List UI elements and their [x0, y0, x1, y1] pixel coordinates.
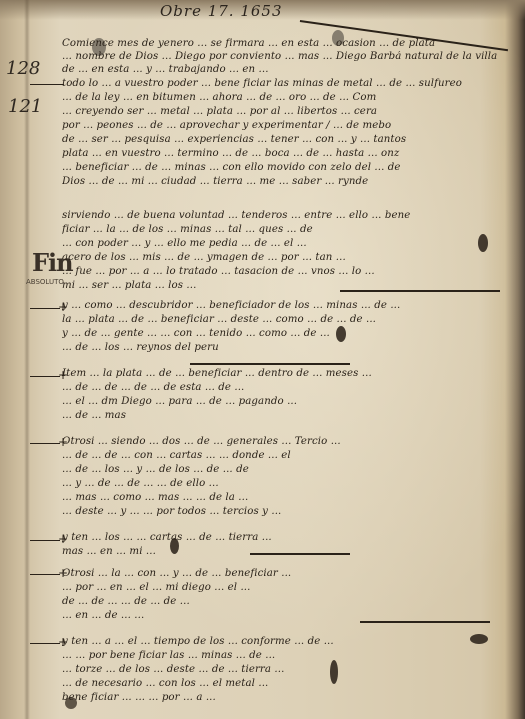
text-line: ... de ... de ... de ... de esta ... de …	[62, 382, 518, 393]
text-line: ... beneficiar ... de ... minas ... con …	[62, 162, 518, 173]
text-line: ... fue ... por ... a ... lo tratado ...…	[62, 266, 518, 277]
margin-rule	[30, 84, 64, 85]
text-line: de ... ser ... pesquisa ... experiencias…	[62, 134, 518, 145]
text-line: todo lo ... a vuestro poder ... bene fic…	[62, 78, 518, 89]
text-line: y ... de ... gente ... ... con ... tenid…	[62, 328, 518, 339]
text-line: por ... peones ... de ... aprovechar y e…	[62, 120, 518, 131]
margin-folio-number-second: 121	[8, 96, 42, 117]
margin-rule	[30, 643, 60, 644]
text-line: Dios ... de ... mi ... ciudad ... tierra…	[62, 176, 518, 187]
text-line: ... el ... dm Diego ... para ... de ... …	[62, 396, 518, 407]
text-line: ... de ... los ... y ... de los ... de .…	[62, 464, 518, 475]
text-line: Otrosi ... siendo ... dos ... de ... gen…	[62, 436, 518, 447]
text-line: mi ... ser ... plata ... los ...	[62, 280, 518, 291]
text-line: plata ... en vuestro ... termino ... de …	[62, 148, 518, 159]
text-line: ... nombre de Dios ... Diego por convien…	[62, 51, 518, 62]
text-line: ... en ... de ... ...	[62, 610, 518, 621]
text-line: ... mas ... como ... mas ... ... de la .…	[62, 492, 518, 503]
text-line: ... y ... de ... de ... ... de ello ...	[62, 478, 518, 489]
closing-flourish	[360, 621, 490, 623]
margin-rule	[30, 574, 60, 575]
text-line: ... de ... mas	[62, 410, 518, 421]
closing-flourish	[190, 363, 350, 365]
text-line: mas ... en ... mi ...	[62, 546, 518, 557]
text-line: la ... plata ... de ... beneficiar ... d…	[62, 314, 518, 325]
text-line: sirviendo ... de buena voluntad ... tend…	[62, 210, 518, 221]
text-line: ... creyendo ser ... metal ... plata ...…	[62, 106, 518, 117]
text-line: ... de ... de ... con ... cartas ... ...…	[62, 450, 518, 461]
margin-fin-subtext: ABSOLUTO	[26, 278, 64, 286]
text-line: ... de necesario ... con los ... el meta…	[62, 678, 518, 689]
text-line: Item ... la plata ... de ... beneficiar …	[62, 368, 518, 379]
text-line: Otrosi ... la ... con ... y ... de ... b…	[62, 568, 518, 579]
manuscript-page: Obre 17. 1653 128 121 Fin ABSOLUTO + + +…	[0, 0, 525, 719]
text-line: ... torze ... de los ... deste ... de ..…	[62, 664, 518, 675]
margin-rule	[30, 443, 60, 444]
text-line: ... con poder ... y ... ello me pedia ..…	[62, 238, 518, 249]
text-line: ... deste ... y ... ... por todos ... te…	[62, 506, 518, 517]
text-line: acero de los ... mis ... de ... ymagen d…	[62, 252, 518, 263]
text-line: ... de la ley ... en bitumen ... ahora .…	[62, 92, 518, 103]
text-line: de ... de ... ... de ... de ...	[62, 596, 518, 607]
text-line: de ... en esta ... y ... trabajando ... …	[62, 64, 518, 75]
text-line: y ten ... a ... el ... tiempo de los ...…	[62, 636, 518, 647]
text-line: ... ... por bene ficiar las ... minas ..…	[62, 650, 518, 661]
text-line: Comience mes de yenero ... se firmara ..…	[62, 38, 518, 49]
margin-rule	[30, 540, 60, 541]
text-line: y ten ... los ... ... cartas ... de ... …	[62, 532, 518, 543]
text-line: bene ficiar ... ... ... por ... a ...	[62, 692, 518, 703]
text-line: ficiar ... la ... de los ... minas ... t…	[62, 224, 518, 235]
margin-rule	[30, 308, 60, 309]
margin-folio-number: 128	[6, 58, 40, 79]
text-line: ... de ... los ... reynos del peru	[62, 342, 518, 353]
header-date: Obre 17. 1653	[160, 2, 283, 20]
text-line: y ... como ... descubridor ... beneficia…	[62, 300, 518, 311]
text-line: ... por ... en ... el ... mi diego ... e…	[62, 582, 518, 593]
margin-rule	[30, 376, 60, 377]
